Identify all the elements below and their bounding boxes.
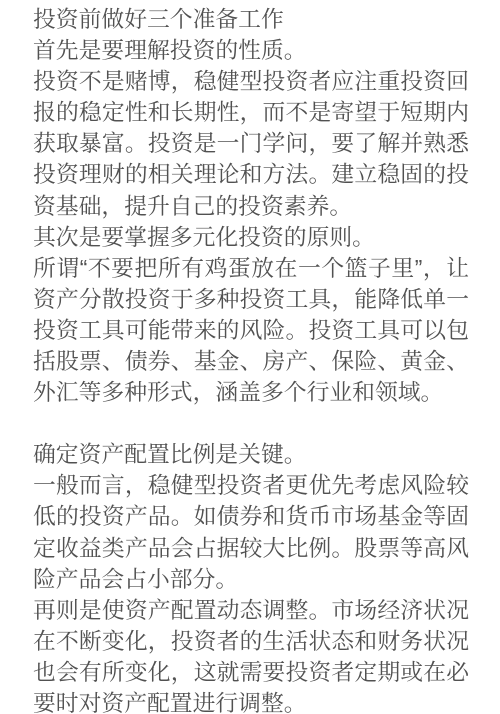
paragraph-first-point: 首先是要理解投资的性质。 xyxy=(33,35,469,66)
paragraph-third-point: 确定资产配置比例是关键。 xyxy=(33,439,469,470)
paragraph-second-point: 其次是要掌握多元化投资的原则。 xyxy=(33,222,469,253)
paragraph-dynamic-adjustment: 再则是使资产配置动态调整。市场经济状况在不断变化，投资者的生活状态和财务状况也会… xyxy=(33,595,469,714)
article-title: 投资前做好三个准备工作 xyxy=(33,4,469,35)
paragraph-first-point-detail: 投资不是赌博，稳健型投资者应注重投资回报的稳定性和长期性，而不是寄望于短期内获取… xyxy=(33,66,469,221)
article-body: 投资前做好三个准备工作 首先是要理解投资的性质。 投资不是赌博，稳健型投资者应注… xyxy=(0,0,500,714)
paragraph-second-point-detail: 所谓“不要把所有鸡蛋放在一个篮子里”，让资产分散投资于多种投资工具，能降低单一投… xyxy=(33,253,469,408)
paragraph-third-point-detail: 一般而言，稳健型投资者更优先考虑风险较低的投资产品。如债券和货币市场基金等固定收… xyxy=(33,470,469,594)
